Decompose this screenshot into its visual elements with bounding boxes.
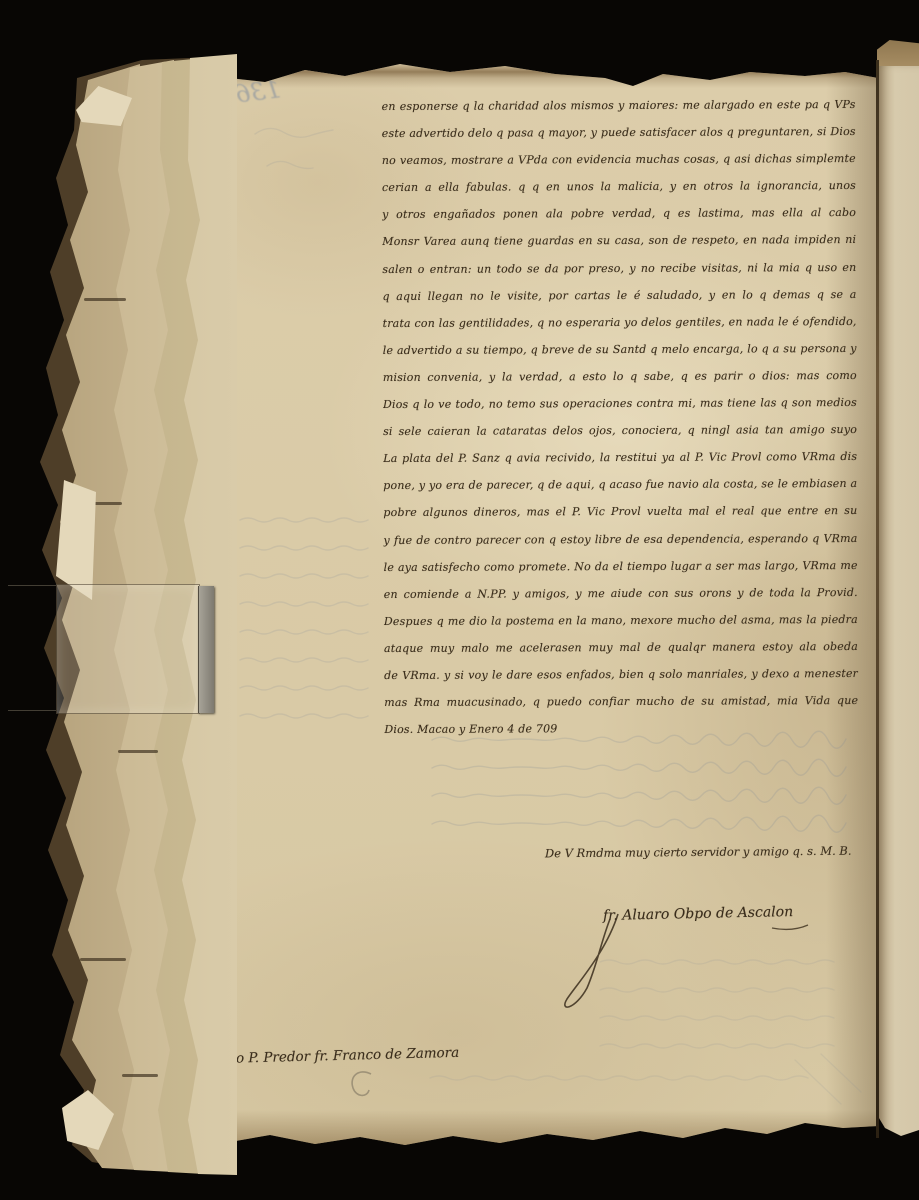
text-line: si sele caieran la cataratas delos ojos,… <box>383 416 857 445</box>
text-line: pobre algunos dineros, mas el P. Vic Pro… <box>383 497 857 526</box>
manuscript-text: en esponerse q la charidad alos mismos y… <box>382 91 859 743</box>
text-line: y fue de contro parecer con q estoy libr… <box>383 524 857 553</box>
text-line: de VRma. y si voy le dare esos enfados, … <box>384 660 858 689</box>
edge-crack <box>84 298 126 301</box>
edge-crack <box>118 750 158 753</box>
text-line: en comiende a N.PP. y amigos, y me aiude… <box>384 579 858 608</box>
text-line: y otros engañados ponen ala pobre verdad… <box>382 199 856 228</box>
edge-crack <box>122 1074 158 1077</box>
text-line: ataque muy malo me acelerasen muy mal de… <box>384 633 858 662</box>
acrylic-weight-edge <box>198 586 214 713</box>
text-line: La plata del P. Sanz q avia recivido, la… <box>383 443 857 472</box>
text-line: Monsr Varea aunq tiene guardas en su cas… <box>382 226 856 255</box>
page-top-stain <box>195 62 878 88</box>
text-line: no veamos, mostrare a VPda con evidencia… <box>382 145 856 174</box>
text-line-dateline: Dios. Macao y Enero 4 de 709 <box>384 714 858 743</box>
closing-line: De V Rmdma muy cierto servidor y amigo q… <box>545 844 850 861</box>
photo-stage: 136 <box>0 0 919 1200</box>
gutter-crease <box>876 60 879 1138</box>
address-line: Rmo P. Predor fr. Franco de Zamora <box>213 1045 460 1067</box>
text-line: pone, y yo era de parecer, q de aqui, q … <box>383 470 857 499</box>
folio-ghost-number: 136 <box>233 75 282 108</box>
pencil-mark <box>352 1072 371 1095</box>
text-line: Despues q me dio la postema en la mano, … <box>384 606 858 635</box>
text-line: en esponerse q la charidad alos mismos y… <box>382 91 856 120</box>
page-bottom-stain <box>195 1110 878 1146</box>
text-line: Dios q lo ve todo, no temo sus operacion… <box>383 389 857 418</box>
text-line: mas Rma muacusinado, q puedo confiar muc… <box>384 687 858 716</box>
text-line: le advertido a su tiempo, q breve de su … <box>383 335 857 364</box>
text-line: mision convenia, y la verdad, a esto lo … <box>383 362 857 391</box>
main-page: 136 <box>195 48 878 1168</box>
acrylic-edge-line <box>8 585 56 586</box>
acrylic-weight <box>56 584 200 714</box>
acrylic-edge-line <box>8 710 56 711</box>
text-line: le aya satisfecho como promete. No da el… <box>384 552 858 581</box>
text-line: cerian a ella fabulas. q q en unos la ma… <box>382 172 856 201</box>
facing-page <box>879 66 919 1140</box>
text-line: este advertido delo q pasa q mayor, y pu… <box>382 118 856 147</box>
signature: fr. Aluaro Obpo de Ascalon <box>603 904 793 924</box>
text-line: salen o entran: un todo se da por preso,… <box>382 254 856 283</box>
text-line: trata con las gentilidades, q no esperar… <box>383 308 857 337</box>
text-line: q aqui llegan no le visite, por cartas l… <box>382 281 856 310</box>
edge-crack <box>80 958 126 961</box>
